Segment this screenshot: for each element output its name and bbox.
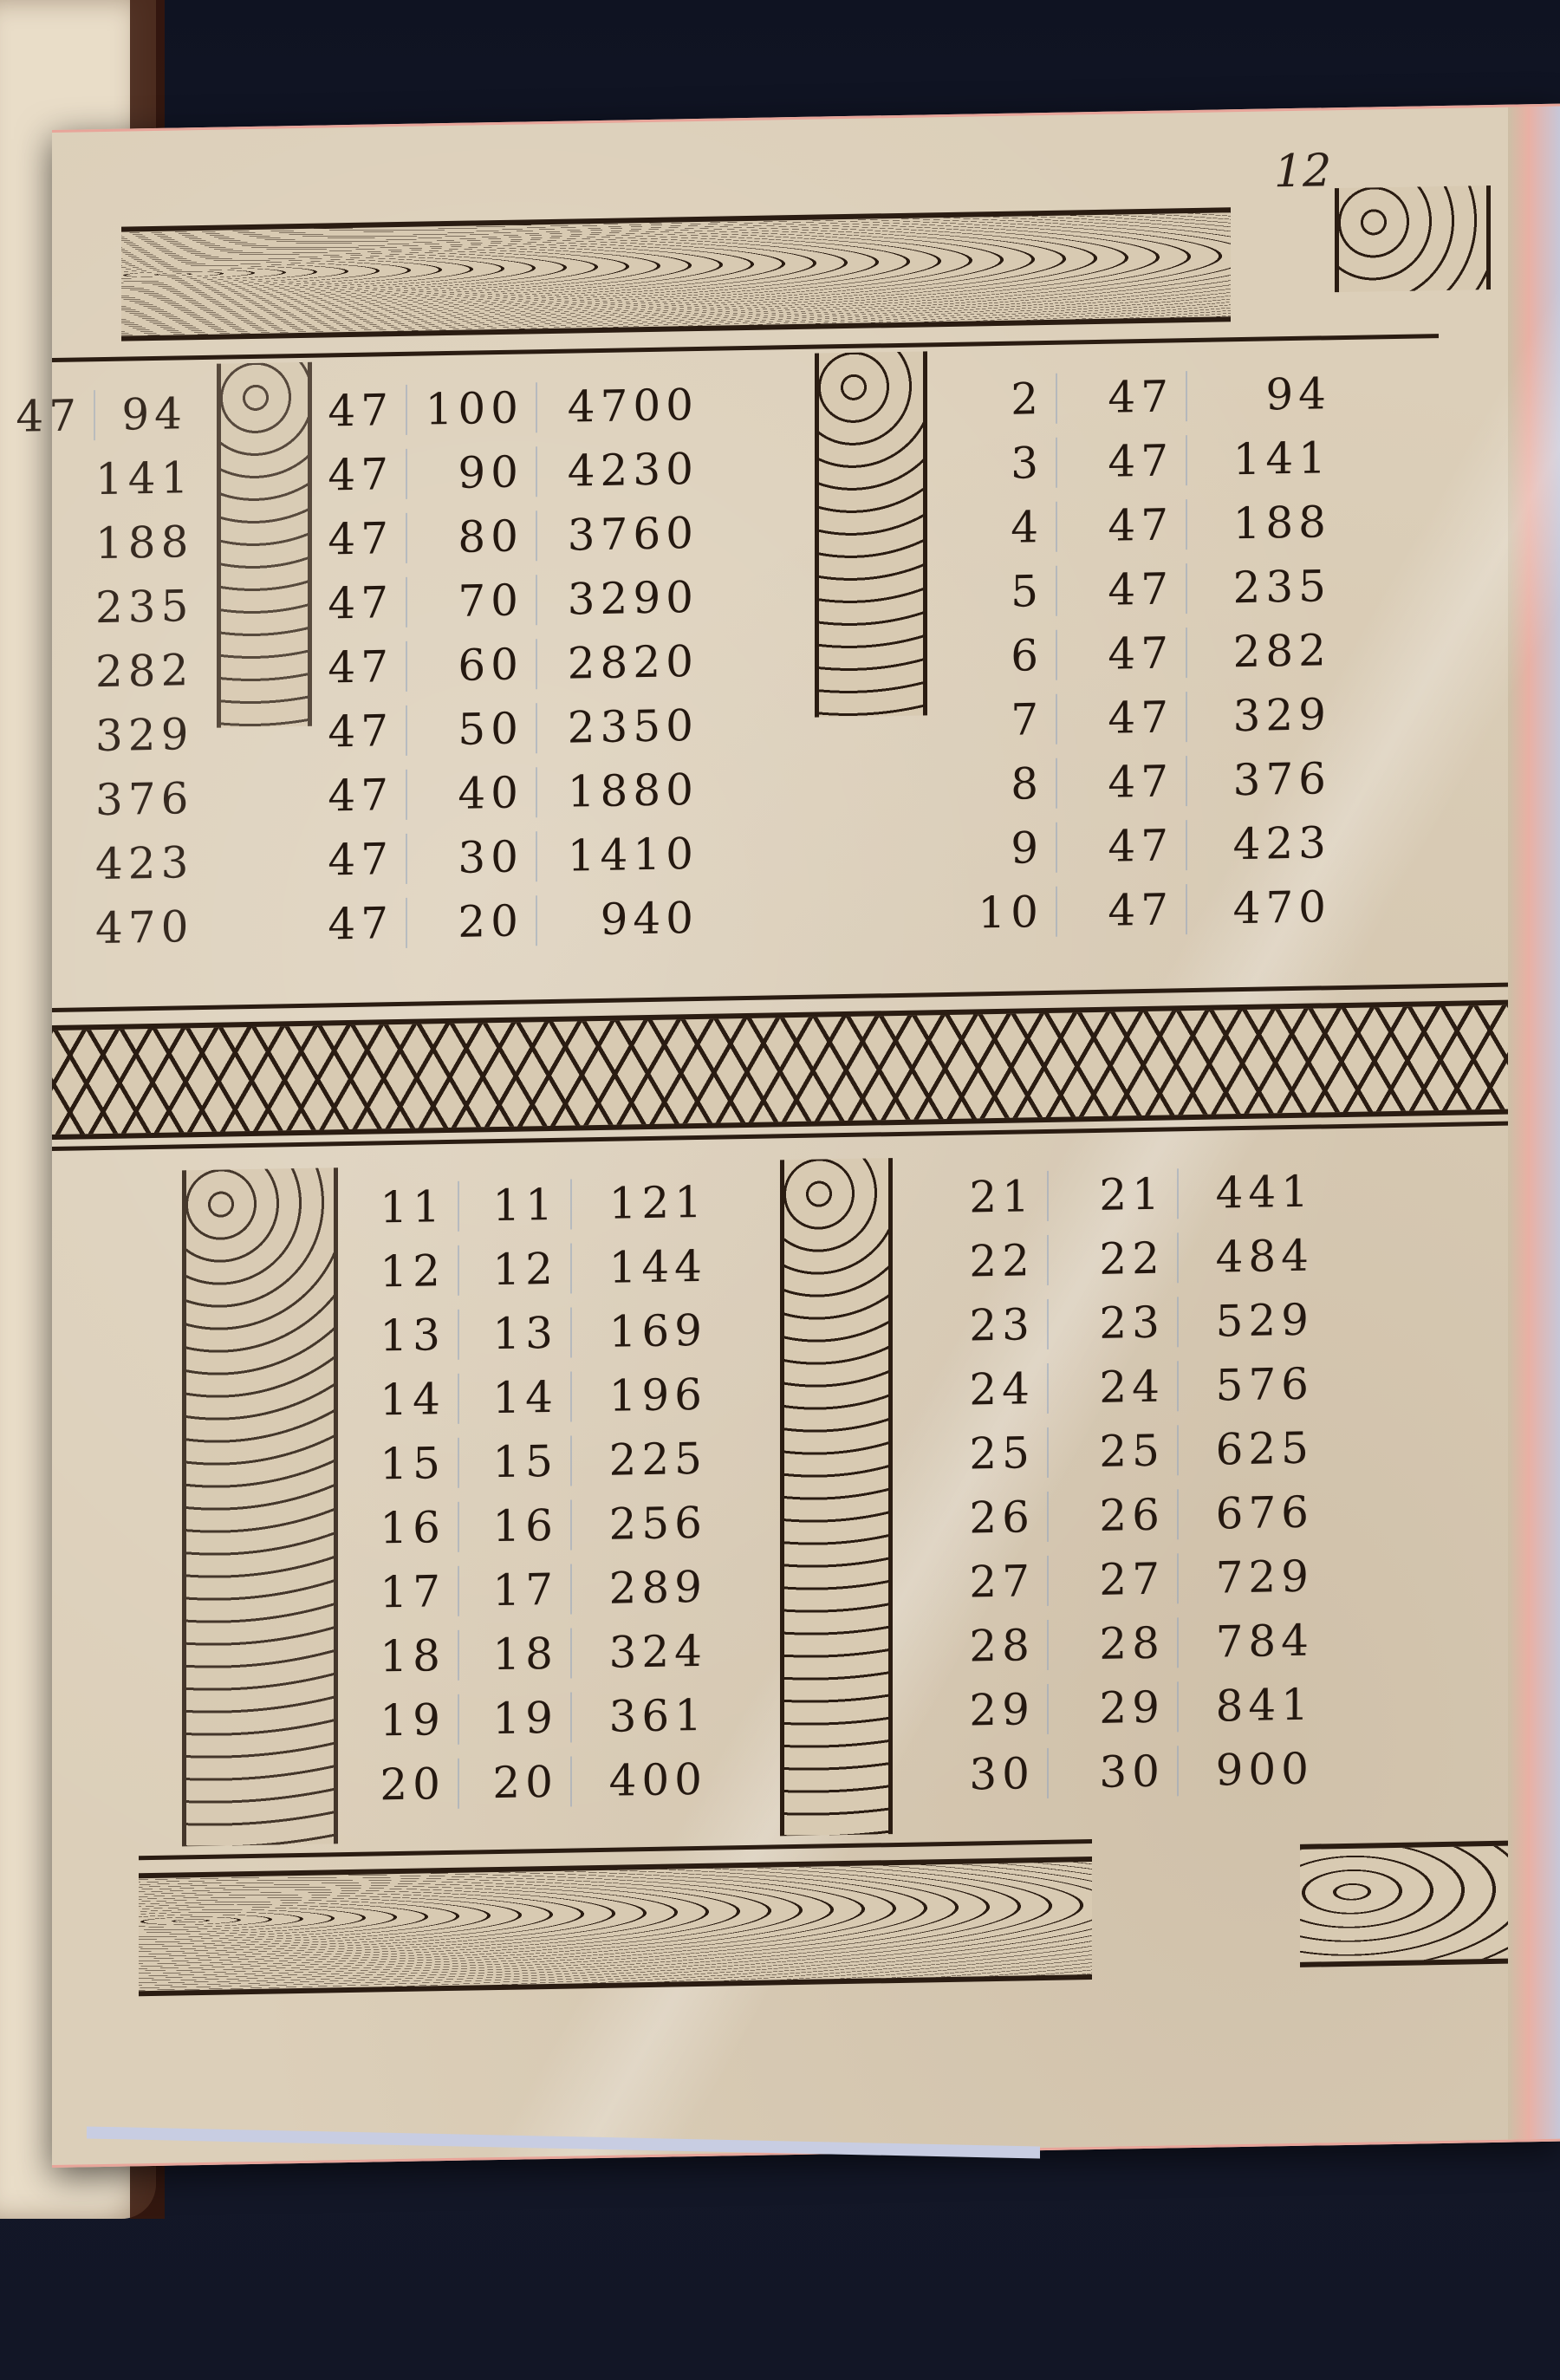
table-row: 1313169 <box>347 1298 719 1369</box>
table-row: 4794 <box>0 381 199 449</box>
table-row: 47502350 <box>312 693 711 764</box>
top-left-fragment-table: 4794 141 188 235 282 329 376 423 470 <box>0 381 199 962</box>
left-ornamental-column-top <box>217 362 312 728</box>
table-row: 347141 <box>953 426 1343 497</box>
table-row: 47703290 <box>312 565 711 636</box>
table-row: 2222484 <box>919 1223 1326 1294</box>
center-ornamental-column-bottom <box>780 1158 893 1836</box>
middle-ornamental-band <box>52 1000 1508 1140</box>
table-row: 4720940 <box>312 886 711 957</box>
table-row: 1212144 <box>347 1234 719 1305</box>
table-row: 47904230 <box>312 437 711 508</box>
book-page: 12 4794 141 188 235 282 329 376 423 470 … <box>52 104 1560 2168</box>
table-row: 2929841 <box>919 1672 1326 1743</box>
table-row: 24794 <box>953 361 1343 432</box>
table-row: 1515225 <box>347 1427 719 1498</box>
table-row: 1919361 <box>347 1683 719 1754</box>
table-row: 2424576 <box>919 1351 1326 1422</box>
table-row: 747329 <box>953 682 1343 753</box>
table-row: 282 <box>0 638 199 706</box>
table-row: 947423 <box>953 810 1343 881</box>
table-row: 2323529 <box>919 1287 1326 1358</box>
table-row: 1818324 <box>347 1619 719 1690</box>
table-row: 2727729 <box>919 1544 1326 1615</box>
left-ornamental-column-bottom <box>182 1167 338 1846</box>
table-row: 47301410 <box>312 822 711 893</box>
table-row: 847376 <box>953 746 1343 817</box>
table-row: 423 <box>0 830 199 898</box>
table-row: 188 <box>0 510 199 577</box>
table-row: 47803760 <box>312 501 711 572</box>
table-row: 47401880 <box>312 758 711 829</box>
table-row: 447188 <box>953 490 1343 561</box>
table-row: 1111121 <box>347 1170 719 1241</box>
table-row: 2828784 <box>919 1608 1326 1679</box>
table-row: 547235 <box>953 554 1343 625</box>
table-row: 471004700 <box>312 373 711 444</box>
table-row: 3030900 <box>919 1736 1326 1807</box>
top-ornamental-border <box>121 207 1231 341</box>
table-row: 235 <box>0 574 199 641</box>
table-row: 2020400 <box>347 1747 719 1818</box>
center-ornamental-column-top <box>815 351 927 717</box>
table-row: 647282 <box>953 618 1343 689</box>
table-row: 47602820 <box>312 629 711 700</box>
table-row: 376 <box>0 766 199 834</box>
table-row: 2525625 <box>919 1415 1326 1486</box>
table-row: 2121441 <box>919 1159 1326 1230</box>
page-number: 12 <box>1274 145 1331 198</box>
multiplication-table-47-tens: 471004700 47904230 47803760 47703290 476… <box>312 373 711 957</box>
table-row: 1414196 <box>347 1362 719 1434</box>
table-row: 2626676 <box>919 1479 1326 1551</box>
table-row: 1047470 <box>953 875 1343 946</box>
bottom-right-ornament <box>1300 1841 1508 1967</box>
table-row: 1717289 <box>347 1555 719 1626</box>
squares-table-11-20: 1111121 1212144 1313169 1414196 1515225 … <box>347 1170 719 1818</box>
table-row: 470 <box>0 894 199 962</box>
right-top-ornament <box>1335 185 1491 292</box>
table-row: 141 <box>0 445 199 513</box>
table-row: 329 <box>0 702 199 770</box>
squares-table-21-30: 2121441 2222484 2323529 2424576 2525625 … <box>919 1159 1326 1807</box>
table-row: 1616256 <box>347 1491 719 1562</box>
bottom-ornamental-border <box>139 1857 1092 1996</box>
multiplication-table-47-units: 24794 347141 447188 547235 647282 747329… <box>953 361 1343 946</box>
